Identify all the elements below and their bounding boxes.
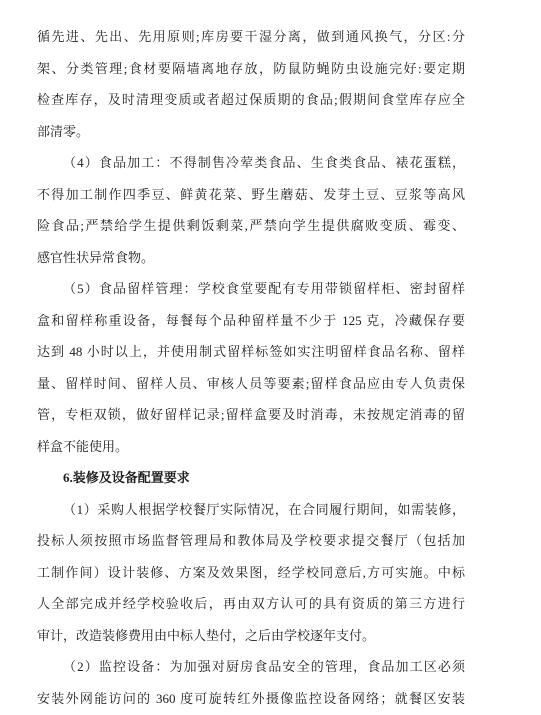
doc-line: 架、分类管理;食材要隔墙离地存放，防鼠防蝇防虫设施完好:要定期 (37, 53, 465, 85)
paragraph-monitoring-equipment: （2）监控设备：为加强对厨房食品安全的管理，食品加工区必须 安装外网能访问的 3… (37, 651, 541, 714)
doc-line: 安装外网能访问的 360 度可旋转红外摄像监控设备网络；就餐区安装 (37, 683, 465, 715)
doc-line: （4）食品加工：不得制售冷荤类食品、生食类食品、裱花蛋糕， (37, 147, 465, 179)
doc-line: 投标人须按照市场监督管理局和教体局及学校要求提交餐厅（包括加 (37, 525, 465, 557)
document-page: 循先进、先出、先用原则;库房要干湿分离，做到通风换气，分区:分 架、分类管理;食… (0, 0, 541, 715)
doc-line: 险食品;严禁给学生提供剩饭剩菜,严禁向学生提供腐败变质、霉变、 (37, 210, 465, 242)
paragraph-storage-rules: 循先进、先出、先用原则;库房要干湿分离，做到通风换气，分区:分 架、分类管理;食… (37, 21, 541, 147)
doc-line: 样盒不能使用。 (37, 431, 465, 463)
doc-line: 检查库存，及时清理变质或者超过保质期的食品;假期间食堂库存应全 (37, 84, 465, 116)
doc-line: （1）采购人根据学校餐厅实际情况，在合同履行期间，如需装修， (37, 494, 465, 526)
section-heading-renovation-equipment: 6.装修及设备配置要求 (37, 462, 541, 494)
paragraph-renovation: （1）采购人根据学校餐厅实际情况，在合同履行期间，如需装修， 投标人须按照市场监… (37, 494, 541, 652)
paragraph-food-processing: （4）食品加工：不得制售冷荤类食品、生食类食品、裱花蛋糕， 不得加工制作四季豆、… (37, 147, 541, 273)
doc-line: （5）食品留样管理：学校食堂要配有专用带锁留样柜、密封留样 (37, 273, 465, 305)
section-heading: 6.装修及设备配置要求 (37, 462, 465, 494)
paragraph-food-sampling: （5）食品留样管理：学校食堂要配有专用带锁留样柜、密封留样 盒和留样称重设备，每… (37, 273, 541, 462)
doc-line: 盒和留样称重设备，每餐每个品种留样量不少于 125 克，冷藏保存要 (37, 305, 465, 337)
doc-line: 循先进、先出、先用原则;库房要干湿分离，做到通风换气，分区:分 (37, 21, 465, 53)
doc-line: 审计，改造装修费用由中标人垫付，之后由学校逐年支付。 (37, 620, 465, 652)
doc-line: 管，专柜双锁，做好留样记录;留样盒要及时消毒，未按规定消毒的留 (37, 399, 465, 431)
doc-line: （2）监控设备：为加强对厨房食品安全的管理，食品加工区必须 (37, 651, 465, 683)
doc-line: 部清零。 (37, 116, 465, 148)
doc-line: 达到 48 小时以上，并使用制式留样标签如实注明留样食品名称、留样 (37, 336, 465, 368)
doc-line: 不得加工制作四季豆、鲜黄花菜、野生蘑菇、发芽土豆、豆浆等高风 (37, 179, 465, 211)
doc-line: 人全部完成并经学校验收后，再由双方认可的具有资质的第三方进行 (37, 588, 465, 620)
doc-line: 感官性状异常食物。 (37, 242, 465, 274)
doc-line: 工制作间）设计装修、方案及效果图，经学校同意后,方可实施。中标 (37, 557, 465, 589)
doc-line: 量、留样时间、留样人员、审核人员等要素;留样食品应由专人负责保 (37, 368, 465, 400)
